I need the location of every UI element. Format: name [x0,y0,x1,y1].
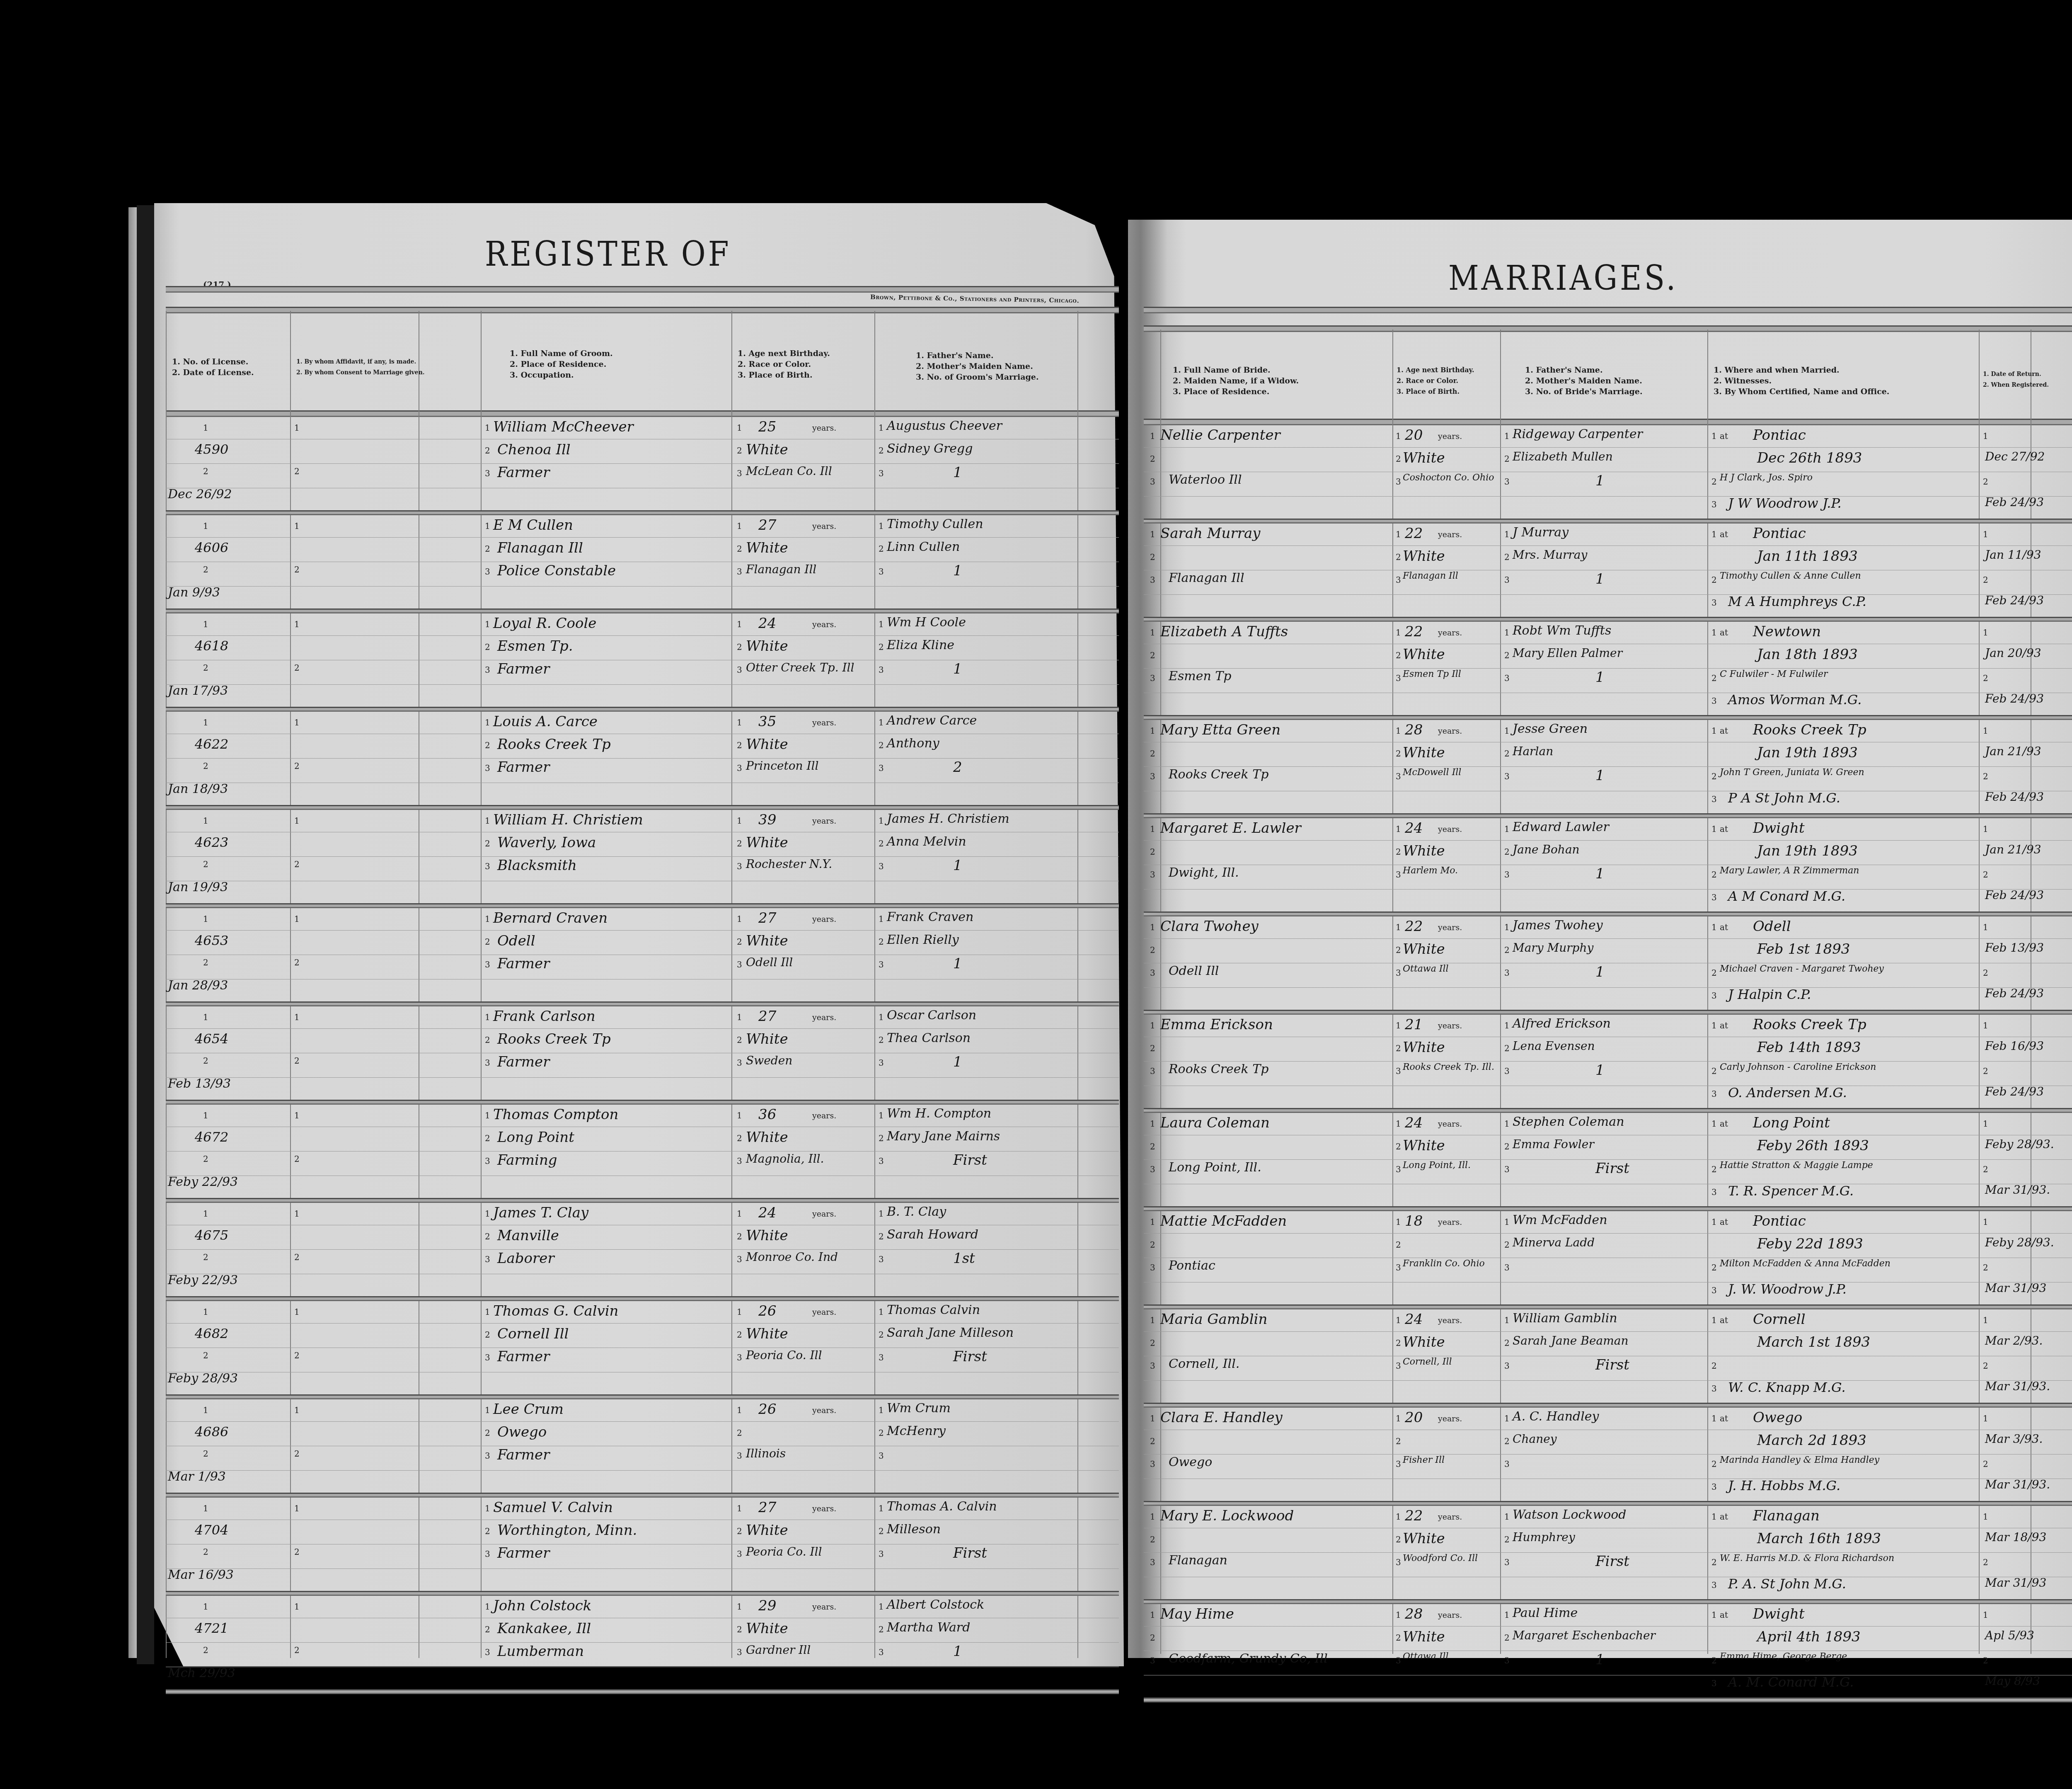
marriage-witnesses: Milton McFadden & Anna McFadden [1720,1258,1890,1269]
ruled-line [166,1151,1119,1151]
header-marriage: 1. Where and when Married.2. Witnesses.3… [1714,365,1890,397]
record-separator [166,1689,1119,1694]
groom-occupation: Farmer [497,759,549,776]
line-number: 2 [1711,1263,1717,1273]
bride-birthplace: Long Point, Ill. [1403,1160,1471,1171]
ruled-line [1144,963,2072,963]
groom-name: John Colstock [493,1597,591,1614]
groom-occupation: Police Constable [497,562,616,579]
line-number: 1 [1150,628,1155,638]
bride-birthplace: Flanagan Ill [1403,571,1458,581]
line-number: 2 [1983,1361,1988,1371]
line-number: 2 [1711,1066,1717,1076]
groom-father: Wm Crum [887,1401,951,1416]
license-number: 4606 [195,540,228,555]
groom-mother: Martha Ward [887,1620,970,1635]
line-number: 2 [737,937,742,947]
bride-name: Mary Etta Green [1160,722,1280,738]
ruled-line [1144,1552,2072,1553]
line-number: 2 [879,642,884,652]
line-number: 2 [203,1350,208,1360]
line-number: 2 [1711,1361,1717,1371]
line-number: 3 [1150,477,1155,487]
ruled-line [1144,791,2072,791]
line-number: 1 [1504,1119,1510,1129]
line-number: 1 [294,521,300,531]
line-number: 2 [1983,673,1988,683]
line-number: 1 [879,816,884,826]
line-number: 1 [1504,628,1510,638]
line-number: 3 [1711,696,1717,706]
at-label: at [1720,824,1728,834]
line-number: 2 [1504,945,1510,955]
bride-name: Mattie McFadden [1160,1213,1287,1229]
line-number: 2 [203,1056,208,1066]
date-registered: May 8/93 [1985,1674,2040,1688]
header-affidavit-line: 1. By whom Affidavit, if any, is made. [296,356,425,367]
record-separator [1144,1501,2072,1506]
date-of-return: Jan 21/93 [1985,744,2041,758]
header-rule [1144,307,2072,313]
at-label: at [1720,529,1728,539]
line-number: 1 [1983,824,1988,834]
groom-name: Loyal R. Coole [493,615,596,632]
line-number: 3 [737,1156,742,1166]
line-number: 1 [294,1602,300,1612]
line-number: 3 [1504,1557,1510,1567]
line-number: 1 [294,1012,300,1022]
years-label: years. [1438,1021,1462,1030]
marriage-place: Newtown [1753,623,1821,640]
ruled-line [166,635,1119,636]
header-rule [1144,419,2072,425]
groom-father: James H. Christiem [887,812,1009,826]
line-number: 3 [1396,575,1401,585]
line-number: 2 [1504,1043,1510,1053]
register-title-left: REGISTER OF [485,234,731,274]
groom-birthplace: McLean Co. Ill [746,464,832,478]
line-number: 1 [485,1110,490,1120]
marriage-place: Owego [1753,1409,1802,1426]
bride-marriage-number: 1 [1595,767,1605,784]
ruled-line [1144,1037,2072,1037]
header-groom-line: 1. Full Name of Groom. [510,348,613,359]
groom-residence: Waverly, Iowa [497,834,596,851]
line-number: 1 [1983,529,1988,539]
ruled-line [1144,1479,2072,1479]
groom-mother: Linn Cullen [887,540,960,554]
line-number: 1 [1711,1119,1717,1129]
line-number: 1 [485,718,490,727]
groom-father: Andrew Carce [887,713,977,728]
date-registered: Mar 31/93. [1985,1183,2050,1197]
years-label: years. [1438,1414,1462,1423]
groom-father: Thomas A. Calvin [887,1499,997,1514]
line-number: 1 [1983,1512,1988,1522]
bride-residence: Owego [1169,1455,1212,1469]
line-number: 3 [1504,1361,1510,1371]
line-number: 2 [294,761,300,771]
line-number: 2 [1150,1633,1155,1643]
license-number: 4623 [195,834,228,850]
line-number: 2 [1504,1142,1510,1151]
line-number: 1 [1396,1512,1401,1522]
line-number: 1 [1983,1610,1988,1620]
groom-residence: Odell [497,933,535,949]
groom-occupation: Blacksmith [497,857,577,874]
line-number: 2 [1983,1263,1988,1273]
line-number: 1 [879,1602,884,1612]
line-number: 2 [1983,771,1988,781]
bride-mother: Mrs. Murray [1513,548,1587,562]
groom-occupation: Farmer [497,661,549,677]
groom-mother: Anthony [887,736,939,751]
bride-birthplace: Woodford Co. Ill [1403,1553,1478,1564]
line-number: 3 [1150,1263,1155,1273]
date-registered: Mar 31/93. [1985,1478,2050,1491]
line-number: 2 [485,1330,490,1340]
at-label: at [1720,1217,1728,1227]
at-label: at [1720,1021,1728,1030]
line-number: 3 [485,665,490,675]
line-number: 1 [737,1209,742,1219]
line-number: 1 [1396,1413,1401,1423]
line-number: 1 [203,521,208,531]
at-label: at [1720,1512,1728,1522]
ruled-line [166,1446,1119,1446]
header-groom-parents-line: 3. No. of Groom's Marriage. [916,372,1039,383]
license-number: 4682 [195,1326,228,1341]
line-number: 2 [879,1231,884,1241]
line-number: 3 [1711,1285,1717,1295]
line-number: 2 [203,1547,208,1557]
line-number: 2 [203,1449,208,1459]
ruled-line [1144,1135,2072,1135]
marriage-witnesses: Marinda Handley & Elma Handley [1720,1455,1879,1465]
line-number: 2 [1983,575,1988,585]
line-number: 1 [1504,1413,1510,1423]
bride-name: Clara Twohey [1160,918,1259,935]
marriage-date: Jan 19th 1893 [1757,744,1858,761]
groom-occupation: Farmer [497,1545,549,1561]
date-registered: Mar 31/93. [1985,1379,2050,1393]
record-separator [166,903,1119,908]
bride-marriage-number: 1 [1595,1651,1605,1668]
years-label: years. [1438,923,1462,932]
record-separator [166,1296,1119,1301]
bride-marriage-number: 1 [1595,964,1605,980]
line-number: 3 [879,1254,884,1264]
years-label: years. [812,1210,836,1219]
line-number: 2 [1504,1338,1510,1348]
groom-residence: Owego [497,1424,547,1440]
line-number: 1 [485,619,490,629]
line-number: 1 [1504,1217,1510,1227]
line-number: 1 [737,1110,742,1120]
bride-age: 18 [1405,1213,1423,1229]
ruled-line [166,783,1119,783]
line-number: 1 [485,914,490,924]
groom-race: White [746,1227,788,1244]
ruled-line [1144,1086,2072,1086]
line-number: 1 [1150,431,1155,441]
line-number: 2 [203,663,208,673]
ruled-line [166,832,1119,832]
groom-occupation: Farming [497,1152,557,1168]
date-of-return: Jan 21/93 [1985,843,2041,856]
groom-age: 26 [758,1401,776,1418]
header-license-line: 1. No. of License. [172,356,254,367]
date-registered: Feb 24/93 [1985,495,2044,509]
date-of-return: Mar 18/93 [1985,1530,2046,1544]
line-number: 1 [1983,1217,1988,1227]
bride-father: Alfred Erickson [1513,1016,1611,1031]
bride-father: Robt Wm Tuffts [1513,623,1611,638]
line-number: 1 [1504,1610,1510,1620]
groom-residence: Esmen Tp. [497,638,573,655]
years-label: years. [812,817,836,826]
ruled-line [1144,1233,2072,1234]
line-number: 1 [1711,529,1717,539]
groom-birthplace: Flanagan Ill [746,562,816,576]
bride-mother: Humphrey [1513,1530,1575,1544]
years-label: years. [812,1013,836,1022]
bride-father: Wm McFadden [1513,1213,1607,1227]
line-number: 1 [1396,922,1401,932]
line-number: 3 [1504,1164,1510,1174]
line-number: 2 [203,1645,208,1655]
license-date: Jan 9/93 [168,585,220,600]
groom-residence: Rooks Creek Tp [497,736,611,753]
line-number: 3 [485,861,490,871]
line-number: 3 [879,567,884,577]
ruled-line [166,488,1119,488]
groom-age: 39 [758,812,776,828]
bride-race: White [1403,1629,1445,1645]
line-number: 3 [1396,1656,1401,1665]
line-number: 3 [1396,1263,1401,1273]
marriage-date: Feb 1st 1893 [1757,941,1850,958]
ruled-line [1144,889,2072,890]
header-bride-age: 1. Age next Birthday.2. Race or Color.3.… [1397,365,1474,397]
line-number: 2 [737,1428,742,1438]
ruled-line [1144,766,2072,767]
header-return: 1. Date of Return.2. When Registered. [1983,369,2049,390]
bride-residence: Odell Ill [1169,964,1219,978]
ruled-line [166,1544,1119,1544]
ruled-line [166,1274,1119,1274]
bride-age: 24 [1405,1311,1423,1328]
ruled-line [1144,1356,2072,1356]
header-rule [166,410,1119,417]
ruled-line [1144,742,2072,742]
line-number: 2 [879,1133,884,1143]
line-number: 1 [203,423,208,433]
line-number: 2 [1983,1164,1988,1174]
groom-residence: Cornell Ill [497,1326,569,1342]
years-label: years. [812,1602,836,1612]
line-number: 2 [879,937,884,947]
years-label: years. [1438,530,1462,539]
bride-race: White [1403,941,1445,958]
header-return-line: 2. When Registered. [1983,380,2049,390]
groom-father: Wm H Coole [887,615,966,630]
groom-mother: Milleson [887,1522,941,1537]
groom-marriage-number: 1st [953,1250,975,1267]
line-number: 3 [1150,673,1155,683]
groom-name: William H. Christiem [493,812,643,828]
ruled-line [166,684,1119,685]
bride-residence: Pontiac [1169,1258,1215,1273]
line-number: 1 [879,1110,884,1120]
line-number: 2 [1396,1240,1401,1250]
license-date: Mar 1/93 [168,1469,226,1484]
bride-residence: Cornell, Ill. [1169,1357,1239,1371]
ruled-line [1144,1184,2072,1184]
line-number: 2 [294,1547,300,1557]
line-number: 1 [203,1012,208,1022]
line-number: 3 [485,1058,490,1068]
header-bride-age-line: 1. Age next Birthday. [1397,365,1474,376]
ruled-line [166,758,1119,759]
line-number: 3 [1150,870,1155,880]
line-number: 2 [737,1330,742,1340]
groom-father: Frank Craven [887,910,973,924]
ruled-line [1144,1258,2072,1258]
record-separator [1144,519,2072,524]
bride-race: White [1403,1039,1445,1056]
bride-marriage-number: 1 [1595,865,1605,882]
groom-birthplace: Odell Ill [746,955,793,969]
line-number: 3 [879,1058,884,1068]
line-number: 2 [294,1252,300,1262]
line-number: 3 [1150,1164,1155,1174]
ruled-line [1144,1159,2072,1160]
line-number: 3 [879,1353,884,1362]
groom-age: 24 [758,1205,776,1221]
line-number: 3 [737,567,742,577]
groom-race: White [746,1129,788,1146]
bride-name: Margaret E. Lawler [1160,820,1301,836]
groom-occupation: Farmer [497,955,549,972]
at-label: at [1720,1610,1728,1620]
ruled-line [166,1323,1119,1324]
license-number: 4704 [195,1522,228,1538]
years-label: years. [812,915,836,924]
line-number: 2 [1711,1557,1717,1567]
line-number: 1 [485,1209,490,1219]
line-number: 1 [1150,1119,1155,1129]
line-number: 3 [1396,1459,1401,1469]
line-number: 1 [737,423,742,433]
bride-father: Jesse Green [1513,722,1588,736]
bride-mother: Margaret Eschenbacher [1513,1629,1656,1642]
line-number: 2 [1504,1240,1510,1250]
line-number: 1 [879,1307,884,1317]
groom-name: Louis A. Carce [493,713,598,730]
line-number: 1 [1711,1021,1717,1030]
header-groom-parents-line: 2. Mother's Maiden Name. [916,361,1039,372]
line-number: 2 [1150,847,1155,857]
years-label: years. [1438,432,1462,441]
line-number: 3 [1150,1361,1155,1371]
ruled-line [166,463,1119,464]
line-number: 2 [1150,1142,1155,1151]
line-number: 2 [879,839,884,848]
marriage-date: Feb 14th 1893 [1757,1039,1861,1056]
bride-birthplace: Fisher Ill [1403,1455,1445,1465]
line-number: 2 [1504,1633,1510,1643]
groom-race: White [746,638,788,655]
line-number: 2 [1396,1338,1401,1348]
bride-residence: Flanagan [1169,1553,1227,1568]
line-number: 3 [485,1353,490,1362]
line-number: 1 [203,1405,208,1415]
line-number: 1 [1983,1119,1988,1129]
line-number: 3 [485,1647,490,1657]
groom-name: Thomas Compton [493,1106,618,1123]
line-number: 2 [485,1526,490,1536]
ruled-line [166,1421,1119,1422]
groom-birthplace: Peoria Co. Ill [746,1545,822,1559]
line-number: 1 [1983,922,1988,932]
license-number: 4654 [195,1031,228,1047]
bride-race: White [1403,646,1445,663]
line-number: 2 [1396,945,1401,955]
bride-birthplace: Esmen Tp Ill [1403,669,1461,679]
line-number: 1 [1711,1610,1717,1620]
groom-residence: Worthington, Minn. [497,1522,637,1539]
line-number: 1 [1150,1610,1155,1620]
bride-race: White [1403,744,1445,761]
line-number: 2 [879,1624,884,1634]
groom-mother: McHenry [887,1424,946,1438]
line-number: 1 [1711,431,1717,441]
line-number: 3 [737,960,742,970]
marriage-date: Jan 19th 1893 [1757,843,1858,859]
line-number: 1 [879,1503,884,1513]
line-number: 3 [737,861,742,871]
header-groom-line: 2. Place of Residence. [510,359,613,370]
bride-mother: Lena Evensen [1513,1039,1595,1053]
line-number: 2 [1150,1436,1155,1446]
line-number: 1 [485,423,490,433]
date-of-return: Feby 28/93. [1985,1236,2054,1249]
ruled-line [166,1225,1119,1225]
license-number: 4672 [195,1129,228,1145]
record-separator [166,1591,1119,1596]
ruled-line [166,1176,1119,1176]
years-label: years. [812,522,836,531]
years-label: years. [812,1111,836,1120]
line-number: 2 [294,1645,300,1655]
line-number: 1 [879,914,884,924]
license-date: Jan 17/93 [168,684,228,698]
line-number: 2 [485,642,490,652]
years-label: years. [1438,1120,1462,1129]
line-number: 3 [737,1058,742,1068]
bride-marriage-number: 1 [1595,1062,1605,1079]
groom-occupation: Lumberman [497,1643,584,1660]
line-number: 2 [1711,1164,1717,1174]
groom-marriage-number: 2 [953,759,962,776]
groom-occupation: Farmer [497,464,549,481]
marriage-place: Odell [1753,918,1791,935]
line-number: 1 [1504,529,1510,539]
column-divider [1707,330,1708,1654]
groom-residence: Flanagan Ill [497,540,583,556]
groom-birthplace: Peoria Co. Ill [746,1348,822,1362]
